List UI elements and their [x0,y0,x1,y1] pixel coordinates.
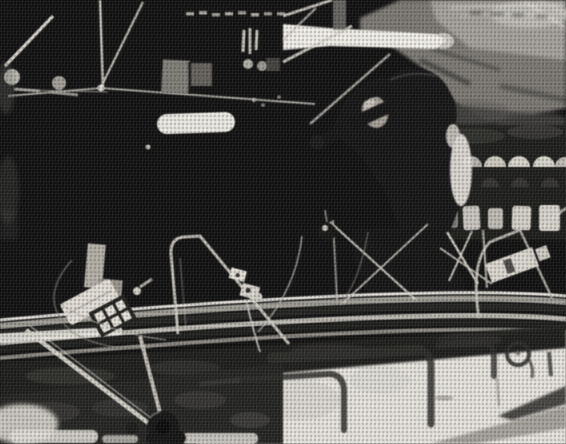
halftone-photo [0,0,566,444]
photo-canvas [0,0,566,444]
